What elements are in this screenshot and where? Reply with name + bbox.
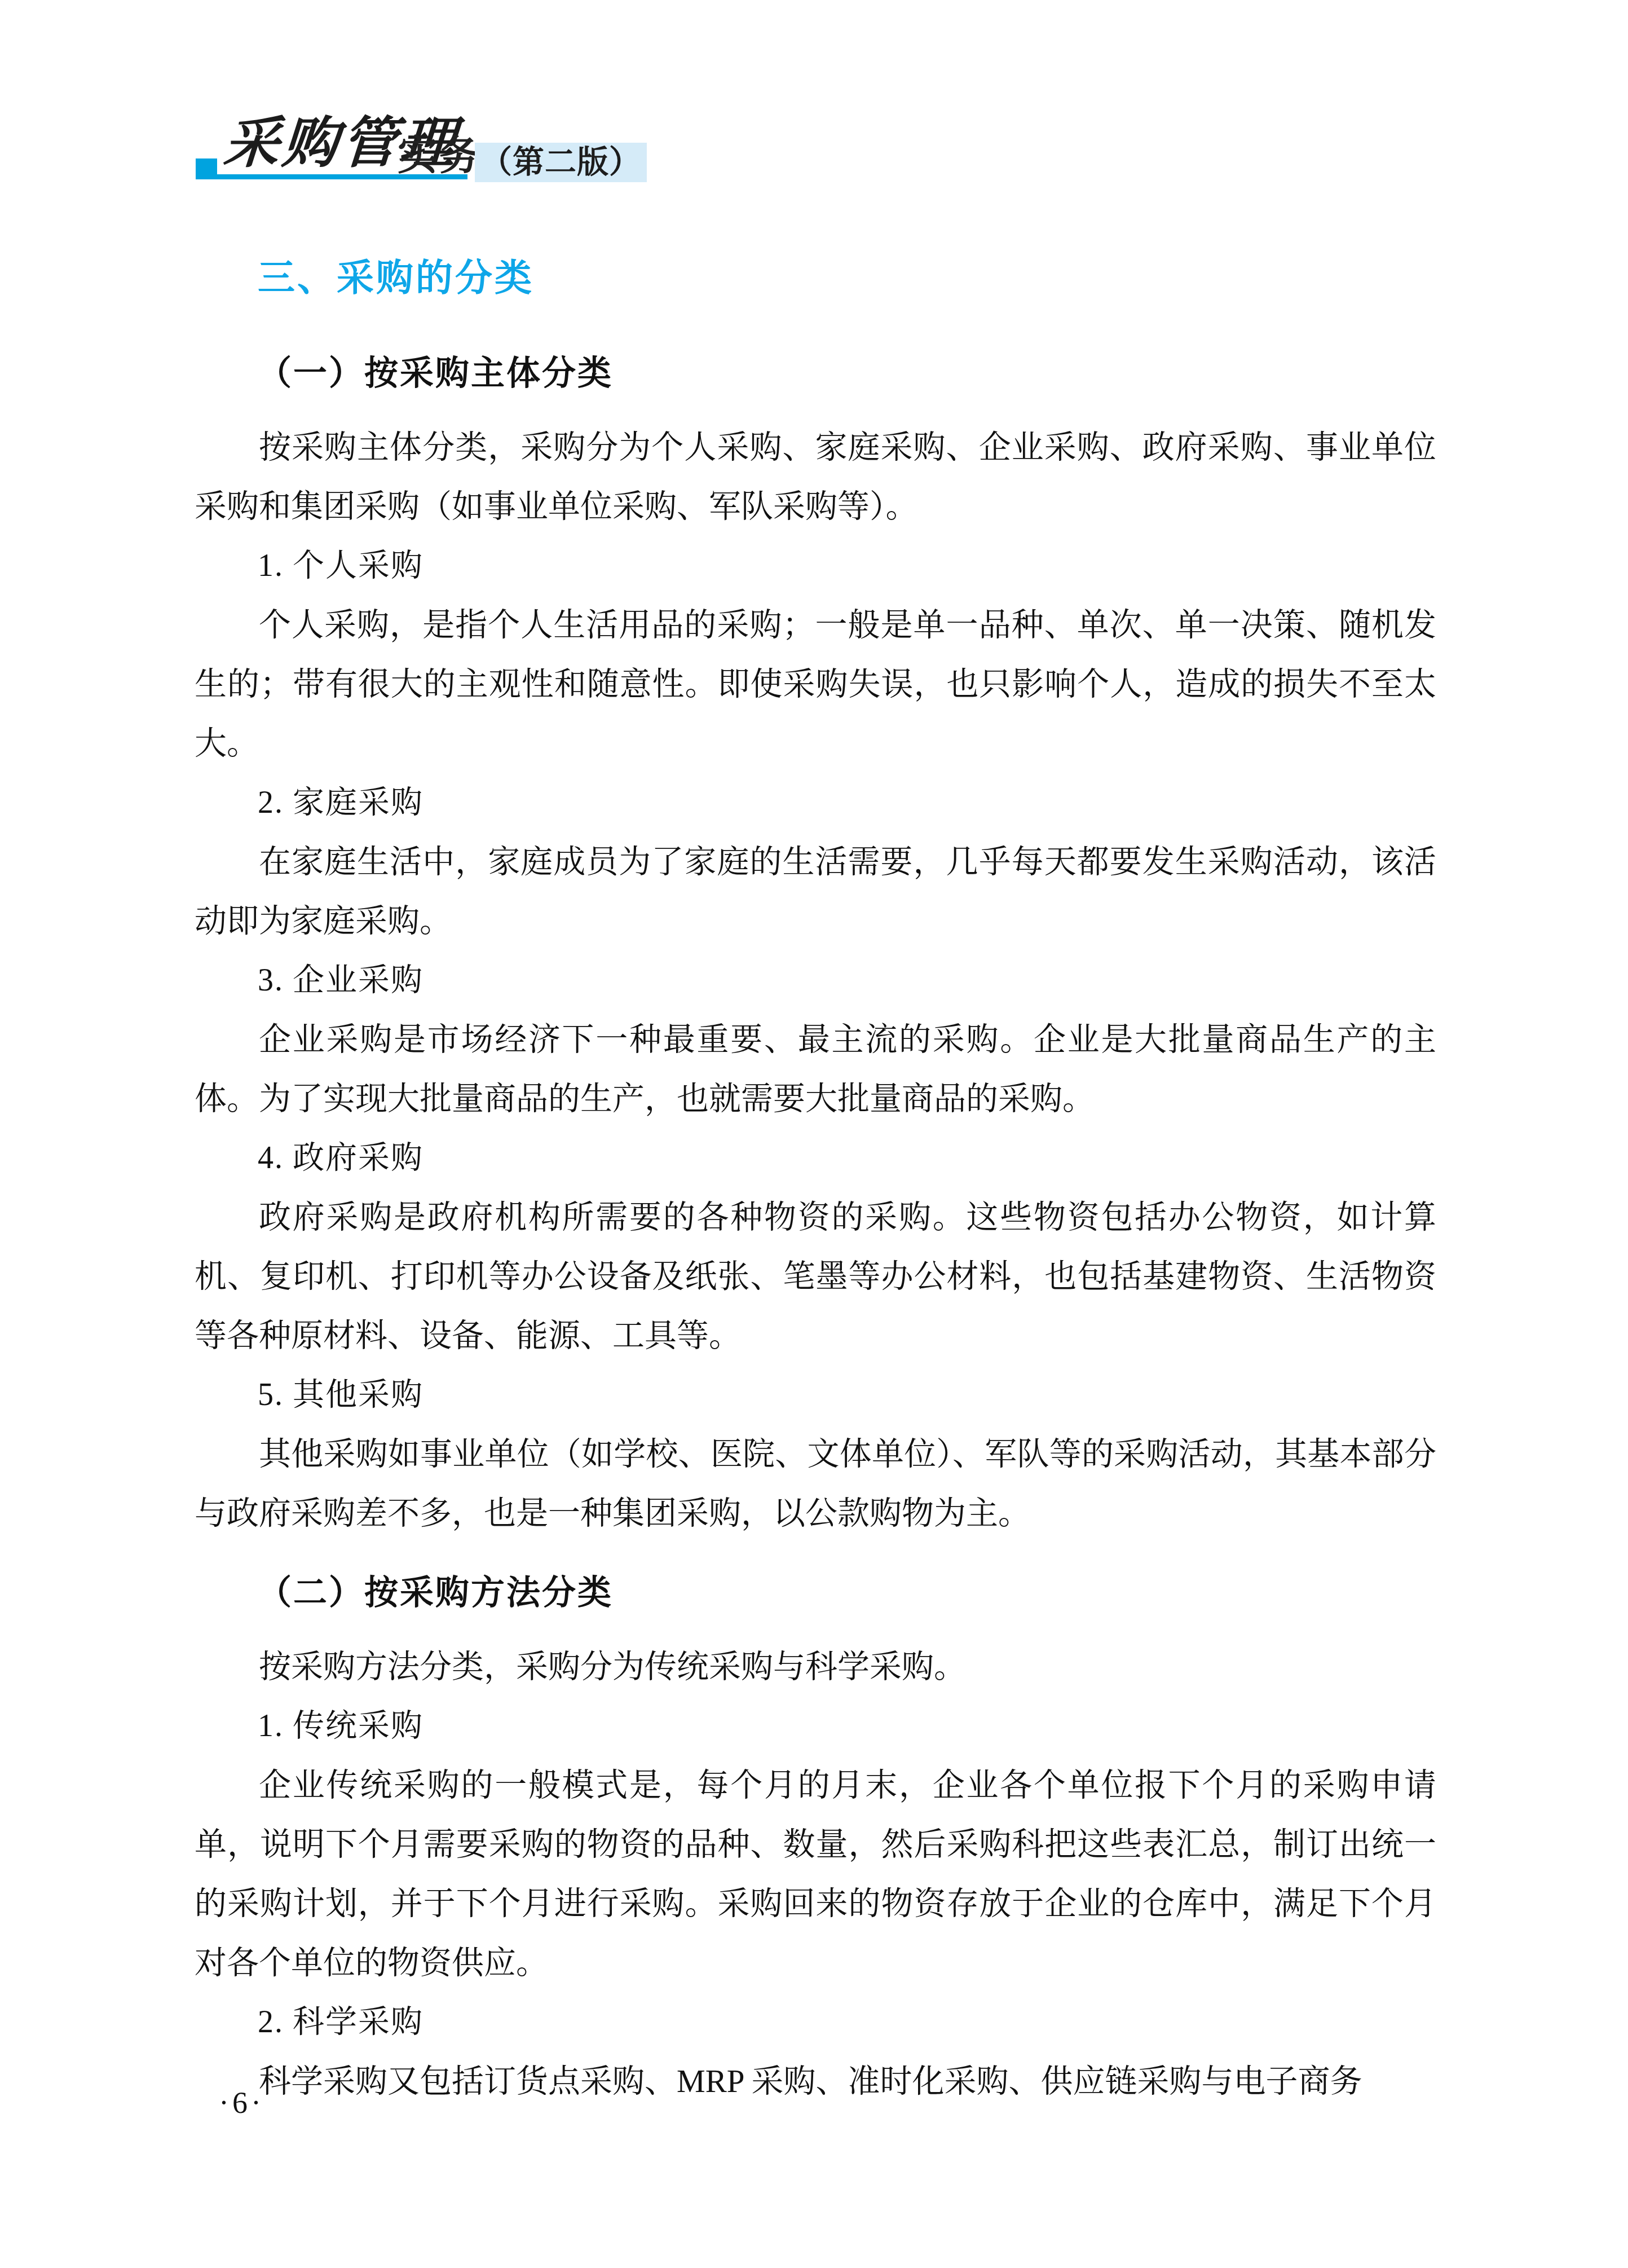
num-heading: 2. 科学采购	[258, 1993, 1436, 2052]
paragraph: 按采购主体分类，采购分为个人采购、家庭采购、企业采购、政府采购、事业单位采购和集…	[195, 418, 1436, 536]
content-blocks: （一）按采购主体分类按采购主体分类，采购分为个人采购、家庭采购、企业采购、政府采…	[195, 344, 1436, 2111]
sub-heading: （二）按采购方法分类	[258, 1564, 1436, 1623]
num-heading: 1. 传统采购	[258, 1697, 1436, 1756]
num-heading: 1. 个人采购	[258, 536, 1436, 596]
num-heading: 3. 企业采购	[258, 951, 1436, 1010]
paragraph: 企业采购是市场经济下一种最重要、最主流的采购。企业是大批量商品生产的主体。为了实…	[195, 1010, 1436, 1129]
num-heading: 2. 家庭采购	[258, 773, 1436, 833]
paragraph: 其他采购如事业单位（如学校、医院、文体单位）、军队等的采购活动，其基本部分与政府…	[195, 1425, 1436, 1543]
paragraph: 企业传统采购的一般模式是，每个月的月末，企业各个单位报下个月的采购申请单，说明下…	[195, 1756, 1436, 1993]
num-heading: 4. 政府采购	[258, 1129, 1436, 1188]
section-title: 三、采购的分类	[258, 255, 1436, 300]
book-page: 采购管理 实务 （第二版） 三、采购的分类 （一）按采购主体分类按采购主体分类，…	[0, 0, 1628, 2268]
paragraph: 按采购方法分类，采购分为传统采购与科学采购。	[195, 1637, 1436, 1697]
paragraph: 科学采购又包括订货点采购、MRP 采购、准时化采购、供应链采购与电子商务	[195, 2052, 1436, 2111]
paragraph: 个人采购，是指个人生活用品的采购；一般是单一品种、单次、单一决策、随机发生的；带…	[195, 596, 1436, 773]
paragraph: 在家庭生活中，家庭成员为了家庭的生活需要，几乎每天都要发生采购活动，该活动即为家…	[195, 833, 1436, 951]
paragraph: 政府采购是政府机构所需要的各种物资的采购。这些物资包括办公物资，如计算机、复印机…	[195, 1188, 1436, 1366]
page-number: ·6·	[219, 2086, 264, 2120]
sub-heading: （一）按采购主体分类	[258, 344, 1436, 403]
brand-title-suffix: 实务	[398, 134, 481, 178]
edition-badge: （第二版）	[475, 143, 647, 182]
num-heading: 5. 其他采购	[258, 1366, 1436, 1425]
main-content: 三、采购的分类 （一）按采购主体分类按采购主体分类，采购分为个人采购、家庭采购、…	[195, 255, 1436, 2111]
